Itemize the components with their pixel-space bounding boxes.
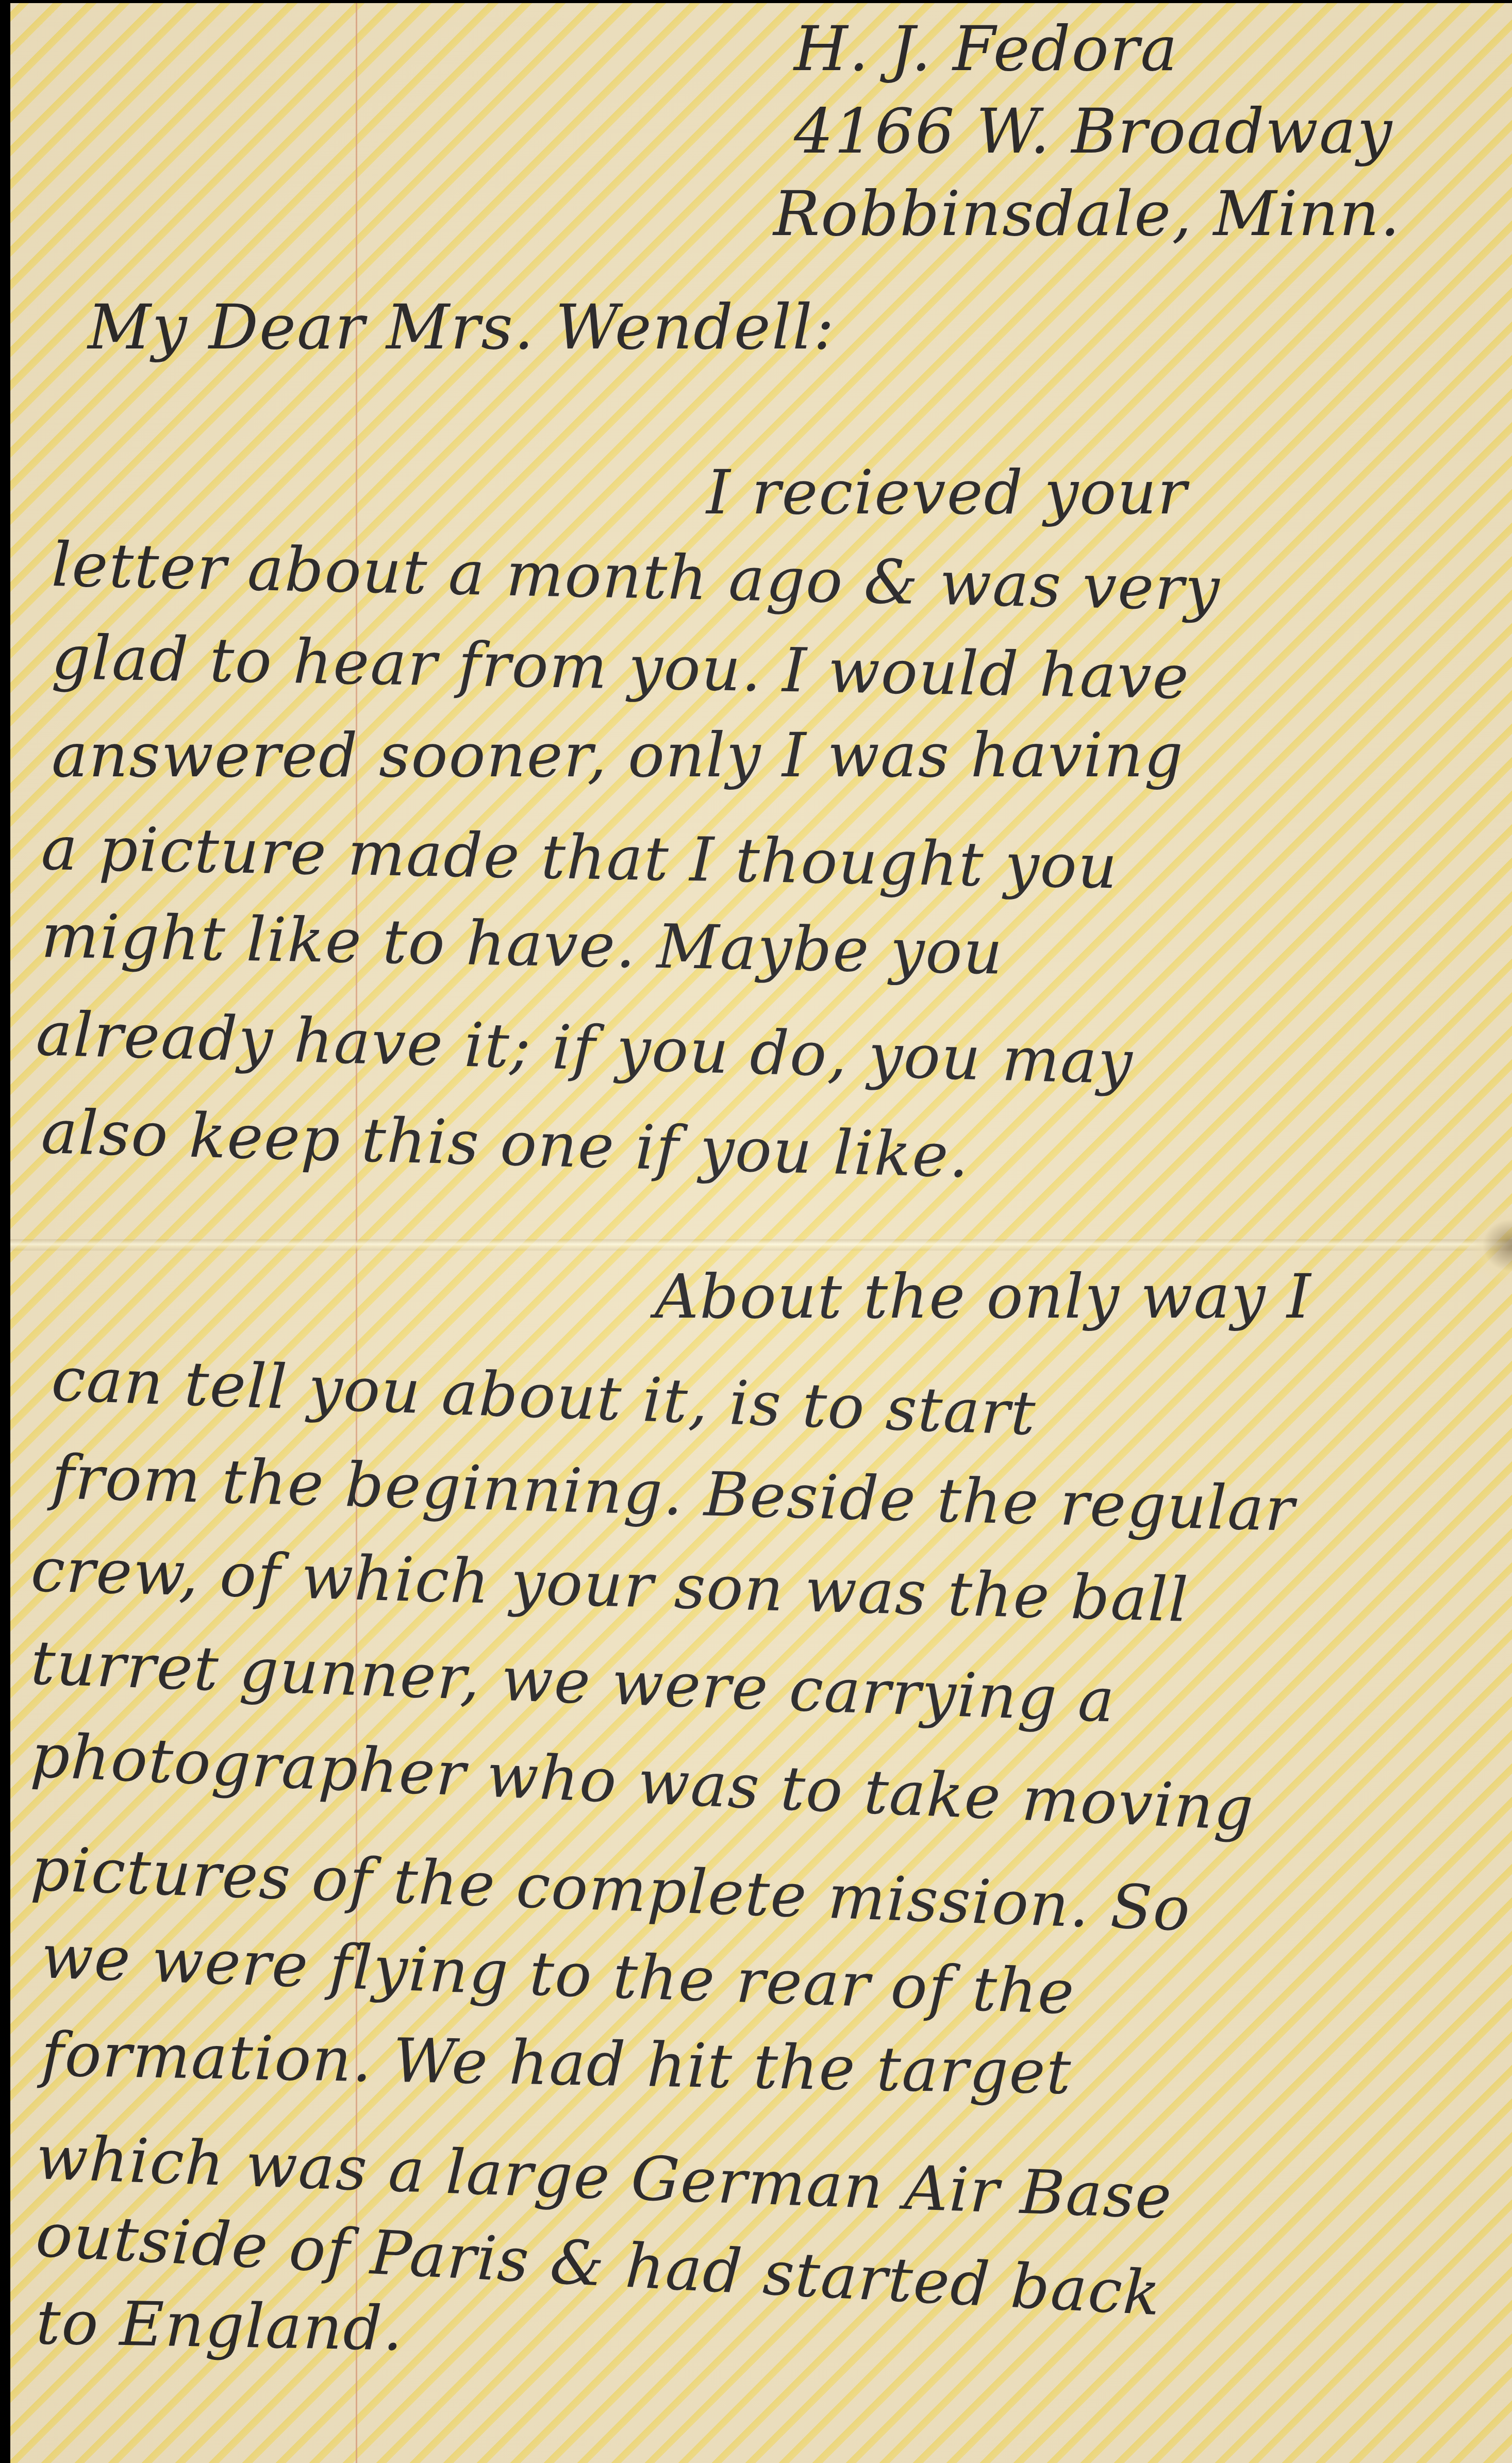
- paragraph-2-line-8: we were flying to the rear of the: [40, 1921, 1076, 2028]
- salutation: My Dear Mrs. Wendell:: [88, 292, 835, 363]
- paragraph-1-line-5: a picture made that I thought you: [41, 812, 1119, 902]
- paragraph-1-line-6: might like to have. Maybe you: [41, 900, 1004, 988]
- paragraph-2-line-1: About the only way I: [655, 1261, 1312, 1332]
- paragraph-1-line-4: answered sooner, only I was having: [52, 720, 1184, 791]
- paragraph-2-line-2: can tell you about it, is to start: [51, 1343, 1038, 1449]
- paragraph-1-line-1: I recieved your: [706, 457, 1188, 528]
- paragraph-2-line-12: to England.: [36, 2287, 404, 2364]
- paragraph-2-line-9: formation. We had hit the target: [41, 2019, 1072, 2108]
- letter-page: H. J. Fedora 4166 W. Broadway Robbinsdal…: [10, 3, 1512, 2463]
- return-address-street: 4166 W. Broadway: [794, 96, 1393, 168]
- return-address-name: H. J. Fedora: [794, 13, 1178, 85]
- fold-tear-mark: [1466, 1204, 1512, 1287]
- paragraph-1-line-8: also keep this one if you like.: [40, 1096, 970, 1191]
- paragraph-1-line-2: letter about a month ago & was very: [51, 529, 1221, 624]
- fold-crease: [10, 1239, 1512, 1251]
- return-address-city: Robbinsdale, Minn.: [773, 178, 1401, 250]
- paragraph-2-line-3: from the beginning. Beside the regular: [51, 1441, 1296, 1545]
- paragraph-1-line-7: already have it; if you do, you may: [35, 998, 1134, 1098]
- paragraph-2-line-5: turret gunner, we were carrying a: [30, 1627, 1117, 1736]
- paragraph-2-line-4: crew, of which your son was the ball: [30, 1534, 1190, 1636]
- paragraph-1-line-3: glad to hear from you. I would have: [51, 622, 1190, 713]
- paragraph-2-line-6: photographer who was to take moving: [29, 1720, 1256, 1844]
